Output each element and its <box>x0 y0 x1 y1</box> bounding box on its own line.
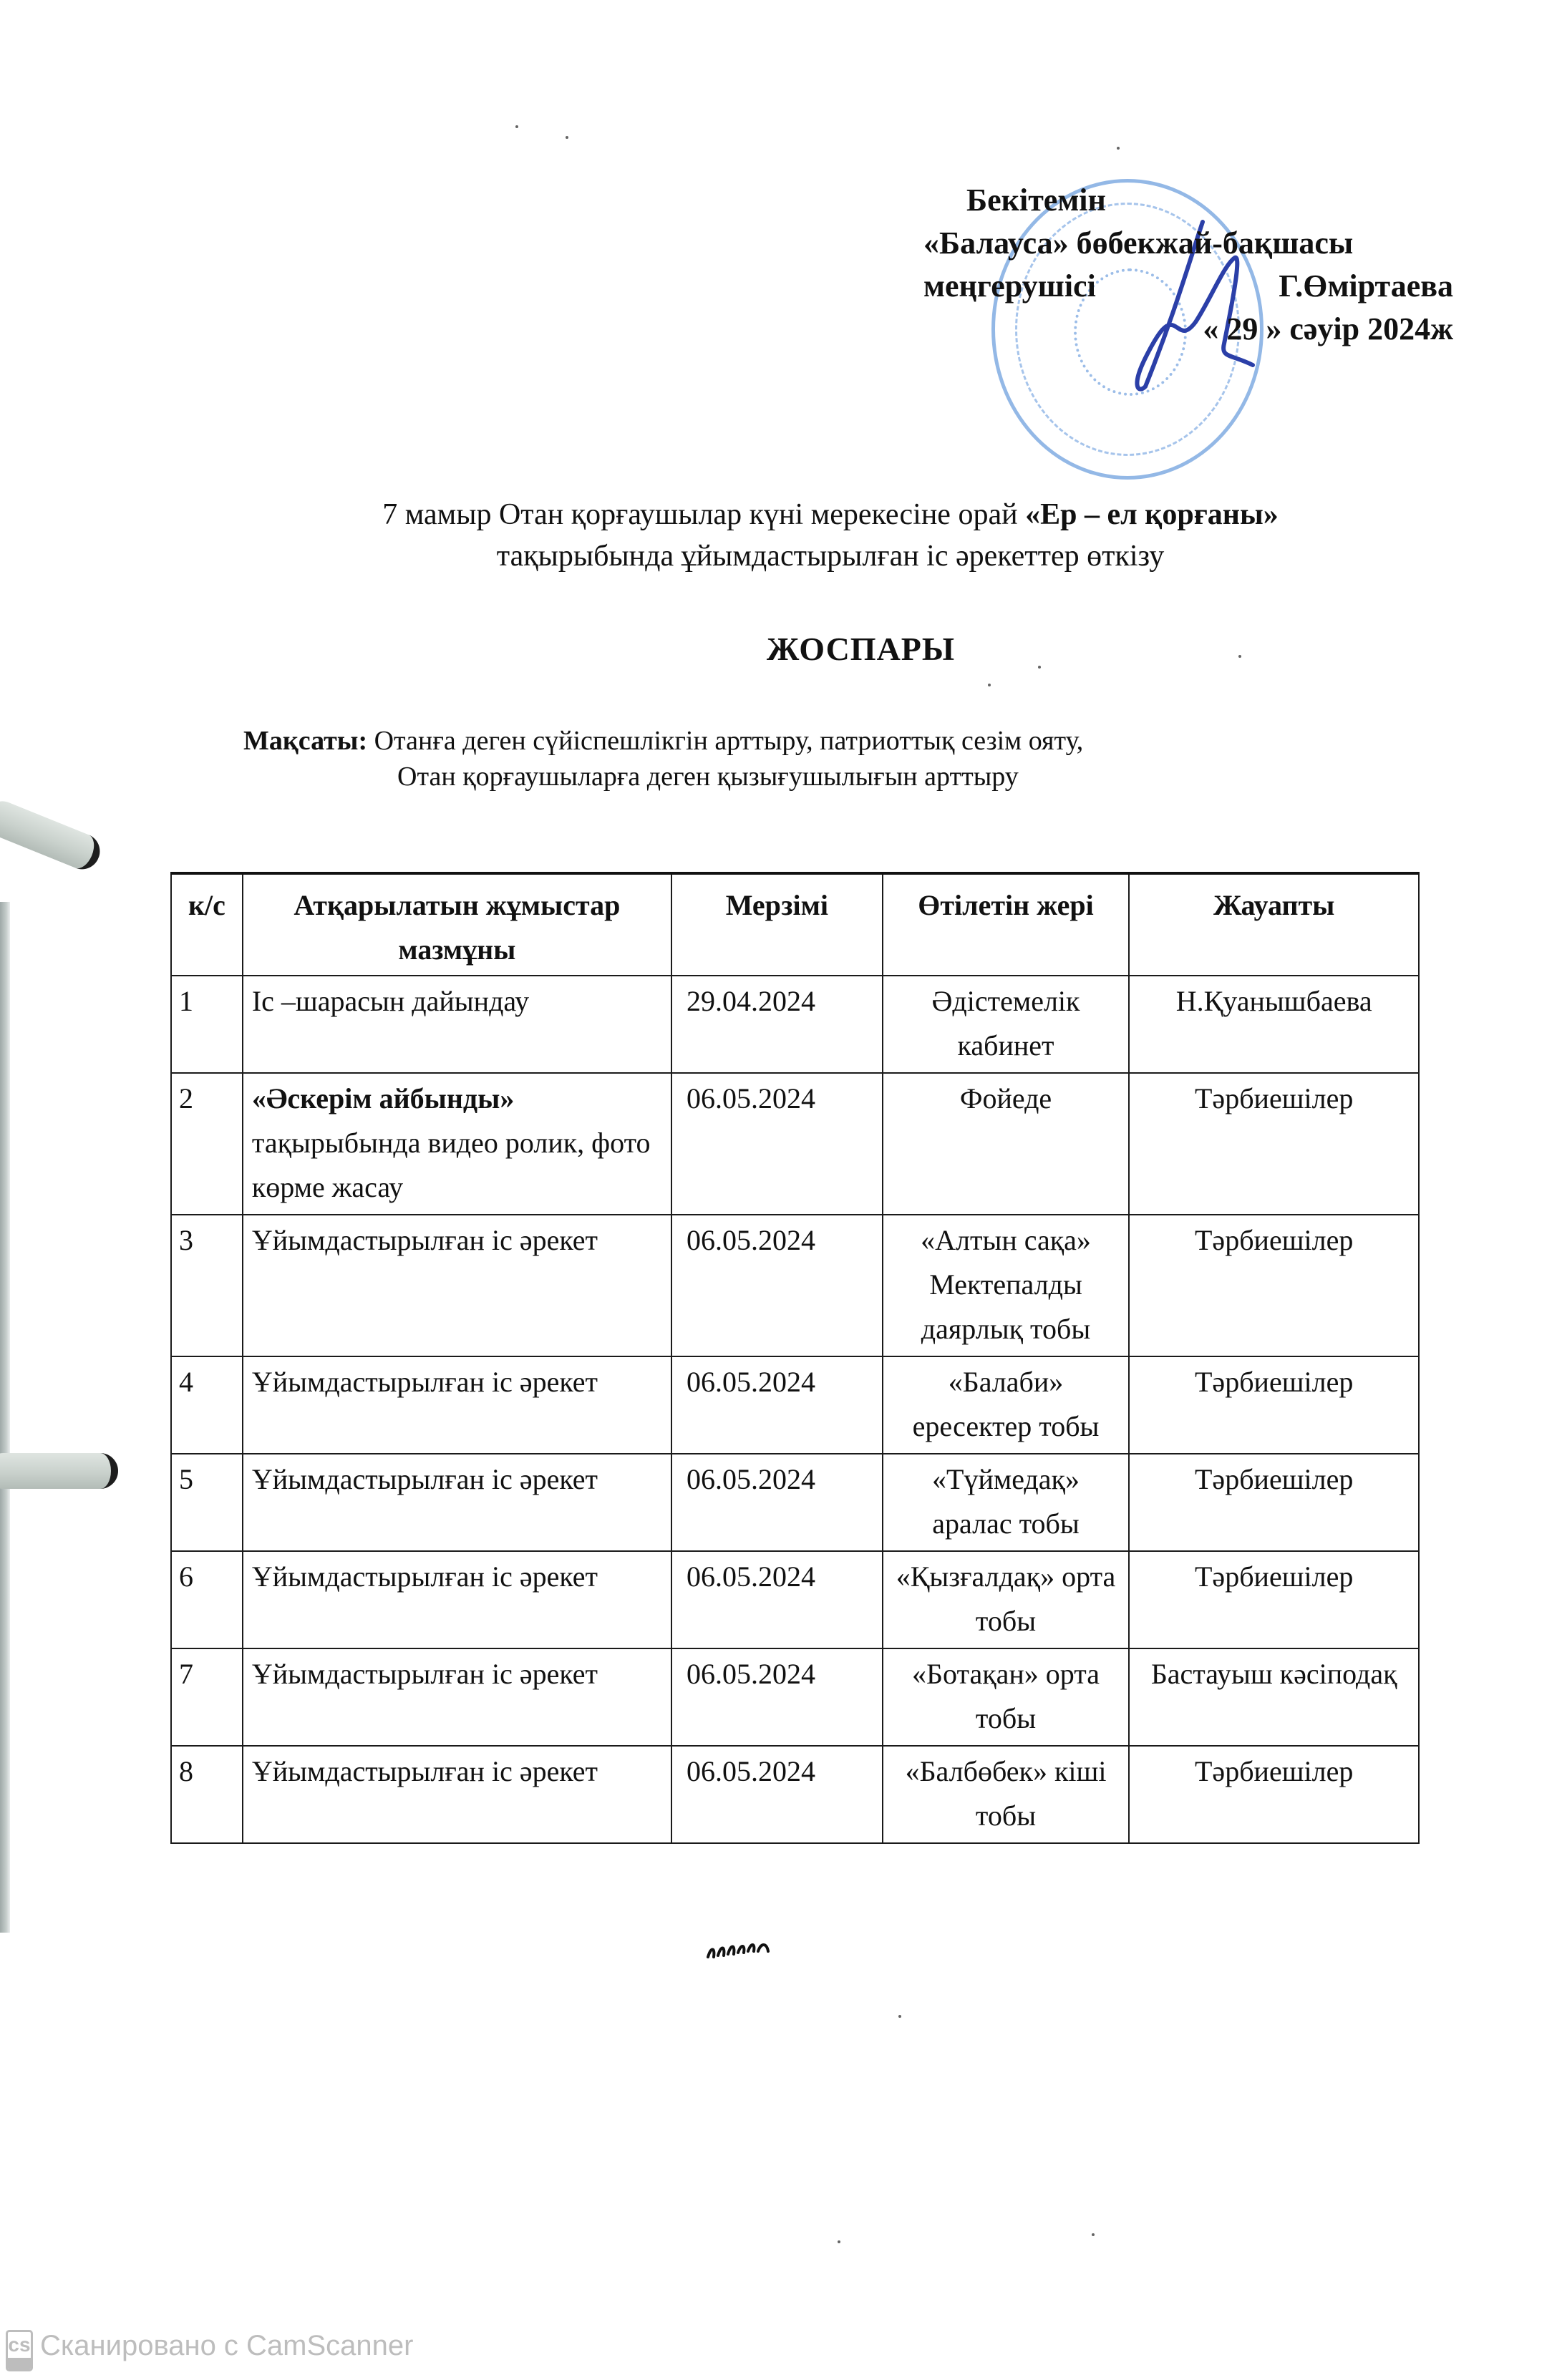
scan-speck <box>838 2240 840 2243</box>
approval-date: « 29 » сәуір 2024ж <box>923 308 1482 351</box>
table-header-row: к/с Атқарылатын жұмыстар мазмұны Мерзімі… <box>171 873 1419 976</box>
row-num: 7 <box>171 1648 243 1746</box>
row-responsible: Тәрбиешілер <box>1129 1215 1419 1356</box>
row-date: 06.05.2024 <box>671 1454 883 1551</box>
scan-speck <box>566 136 568 139</box>
event-name: «Ер – ел қорғаны» <box>1025 498 1279 531</box>
row-place: «Қызғалдақ» орта тобы <box>883 1551 1130 1648</box>
goal-label: Мақсаты: <box>243 726 367 756</box>
row-date: 06.05.2024 <box>671 1356 883 1454</box>
title-line-1: 7 мамыр Отан қорғаушылар күні мерекесіне… <box>215 494 1446 535</box>
row-responsible: Тәрбиешілер <box>1129 1356 1419 1454</box>
scan-speck <box>1038 666 1041 669</box>
row-place: Әдістемелік кабинет <box>883 976 1130 1073</box>
plan-heading: ЖОСПАРЫ <box>0 630 1557 668</box>
scan-speck <box>1238 655 1241 658</box>
table-row: 3Ұйымдастырылған іс әрекет06.05.2024«Алт… <box>171 1215 1419 1356</box>
table-row: 8Ұйымдастырылған іс әрекет06.05.2024«Бал… <box>171 1746 1419 1843</box>
table-row: 1Іс –шарасын дайындау29.04.2024Әдістемел… <box>171 976 1419 1073</box>
camscanner-watermark: cs Сканировано с CamScanner <box>6 2330 413 2371</box>
approved-label: Бекітемін <box>923 179 1482 222</box>
row-place: «Балаби» ересектер тобы <box>883 1356 1130 1454</box>
goal-section: Мақсаты: Отанға деген сүйіспешлікгін арт… <box>243 723 1460 795</box>
institution-name: «Балауса» бөбекжай-бақшасы <box>923 222 1482 265</box>
row-task: Іс –шарасын дайындау <box>243 976 671 1073</box>
row-responsible: Бастауыш кәсіподақ <box>1129 1648 1419 1746</box>
row-responsible: Тәрбиешілер <box>1129 1551 1419 1648</box>
header-date: Мерзімі <box>671 873 883 976</box>
watermark-text: Сканировано с CamScanner <box>40 2330 413 2361</box>
plan-table: к/с Атқарылатын жұмыстар мазмұны Мерзімі… <box>170 872 1420 1844</box>
row-num: 5 <box>171 1454 243 1551</box>
row-responsible: Н.Қуанышбаева <box>1129 976 1419 1073</box>
goal-line-2: Отан қорғаушыларға деген қызығушылығын а… <box>243 759 1460 795</box>
row-responsible: Тәрбиешілер <box>1129 1073 1419 1215</box>
row-num: 1 <box>171 976 243 1073</box>
document-title: 7 мамыр Отан қорғаушылар күні мерекесіне… <box>215 494 1446 577</box>
scan-speck <box>988 684 991 686</box>
header-responsible: Жауапты <box>1129 873 1419 976</box>
row-date: 06.05.2024 <box>671 1073 883 1215</box>
row-date: 29.04.2024 <box>671 976 883 1073</box>
row-num: 4 <box>171 1356 243 1454</box>
row-responsible: Тәрбиешілер <box>1129 1454 1419 1551</box>
title-line-2: тақырыбында ұйымдастырылған іс әрекеттер… <box>215 535 1446 577</box>
binder-edge <box>0 902 10 1933</box>
scan-speck <box>515 125 518 128</box>
row-num: 2 <box>171 1073 243 1215</box>
task-title: «Әскерім айбынды» <box>252 1082 515 1114</box>
table-row: 6Ұйымдастырылған іс әрекет06.05.2024«Қыз… <box>171 1551 1419 1648</box>
binder-ring-icon <box>0 1453 118 1489</box>
row-place: Фойеде <box>883 1073 1130 1215</box>
row-task: «Әскерім айбынды» тақырыбында видео роли… <box>243 1073 671 1215</box>
header-task: Атқарылатын жұмыстар мазмұны <box>243 873 671 976</box>
scan-speck <box>1117 147 1120 150</box>
row-date: 06.05.2024 <box>671 1648 883 1746</box>
row-place: «Балбөбек» кіші тобы <box>883 1746 1130 1843</box>
scribble-mark-icon <box>705 1941 773 1960</box>
table-row: 2«Әскерім айбынды» тақырыбында видео рол… <box>171 1073 1419 1215</box>
row-task: Ұйымдастырылған іс әрекет <box>243 1215 671 1356</box>
header-place: Өтілетін жері <box>883 873 1130 976</box>
camscanner-logo-icon: cs <box>6 2330 33 2371</box>
row-place: «Алтын сақа» Мектепалды даярлық тобы <box>883 1215 1130 1356</box>
row-task: Ұйымдастырылған іс әрекет <box>243 1356 671 1454</box>
table-row: 7Ұйымдастырылған іс әрекет06.05.2024«Бот… <box>171 1648 1419 1746</box>
row-num: 3 <box>171 1215 243 1356</box>
goal-line-1: Отанға деген сүйіспешлікгін арттыру, пат… <box>367 726 1083 756</box>
task-text: тақырыбында видео ролик, фото көрме жаса… <box>252 1127 651 1203</box>
head-position: меңгерушісі <box>923 265 1096 308</box>
table-row: 5Ұйымдастырылған іс әрекет06.05.2024«Түй… <box>171 1454 1419 1551</box>
row-task: Ұйымдастырылған іс әрекет <box>243 1551 671 1648</box>
row-date: 06.05.2024 <box>671 1551 883 1648</box>
scan-speck <box>1092 2233 1095 2236</box>
head-name: Г.Өміртаева <box>1279 265 1453 308</box>
head-line: меңгерушісі Г.Өміртаева <box>923 265 1453 308</box>
row-num: 6 <box>171 1551 243 1648</box>
row-task: Ұйымдастырылған іс әрекет <box>243 1648 671 1746</box>
binder-ring-icon <box>0 796 105 875</box>
approval-block: Бекітемін «Балауса» бөбекжай-бақшасы мең… <box>923 179 1482 351</box>
row-date: 06.05.2024 <box>671 1215 883 1356</box>
row-task: Ұйымдастырылған іс әрекет <box>243 1454 671 1551</box>
scan-speck <box>898 2015 901 2018</box>
row-place: «Түймедақ» аралас тобы <box>883 1454 1130 1551</box>
title-prefix: 7 мамыр Отан қорғаушылар күні мерекесіне… <box>382 498 1025 531</box>
row-date: 06.05.2024 <box>671 1746 883 1843</box>
row-place: «Ботақан» орта тобы <box>883 1648 1130 1746</box>
table-row: 4Ұйымдастырылған іс әрекет06.05.2024«Бал… <box>171 1356 1419 1454</box>
row-num: 8 <box>171 1746 243 1843</box>
row-responsible: Тәрбиешілер <box>1129 1746 1419 1843</box>
row-task: Ұйымдастырылған іс әрекет <box>243 1746 671 1843</box>
header-num: к/с <box>171 873 243 976</box>
